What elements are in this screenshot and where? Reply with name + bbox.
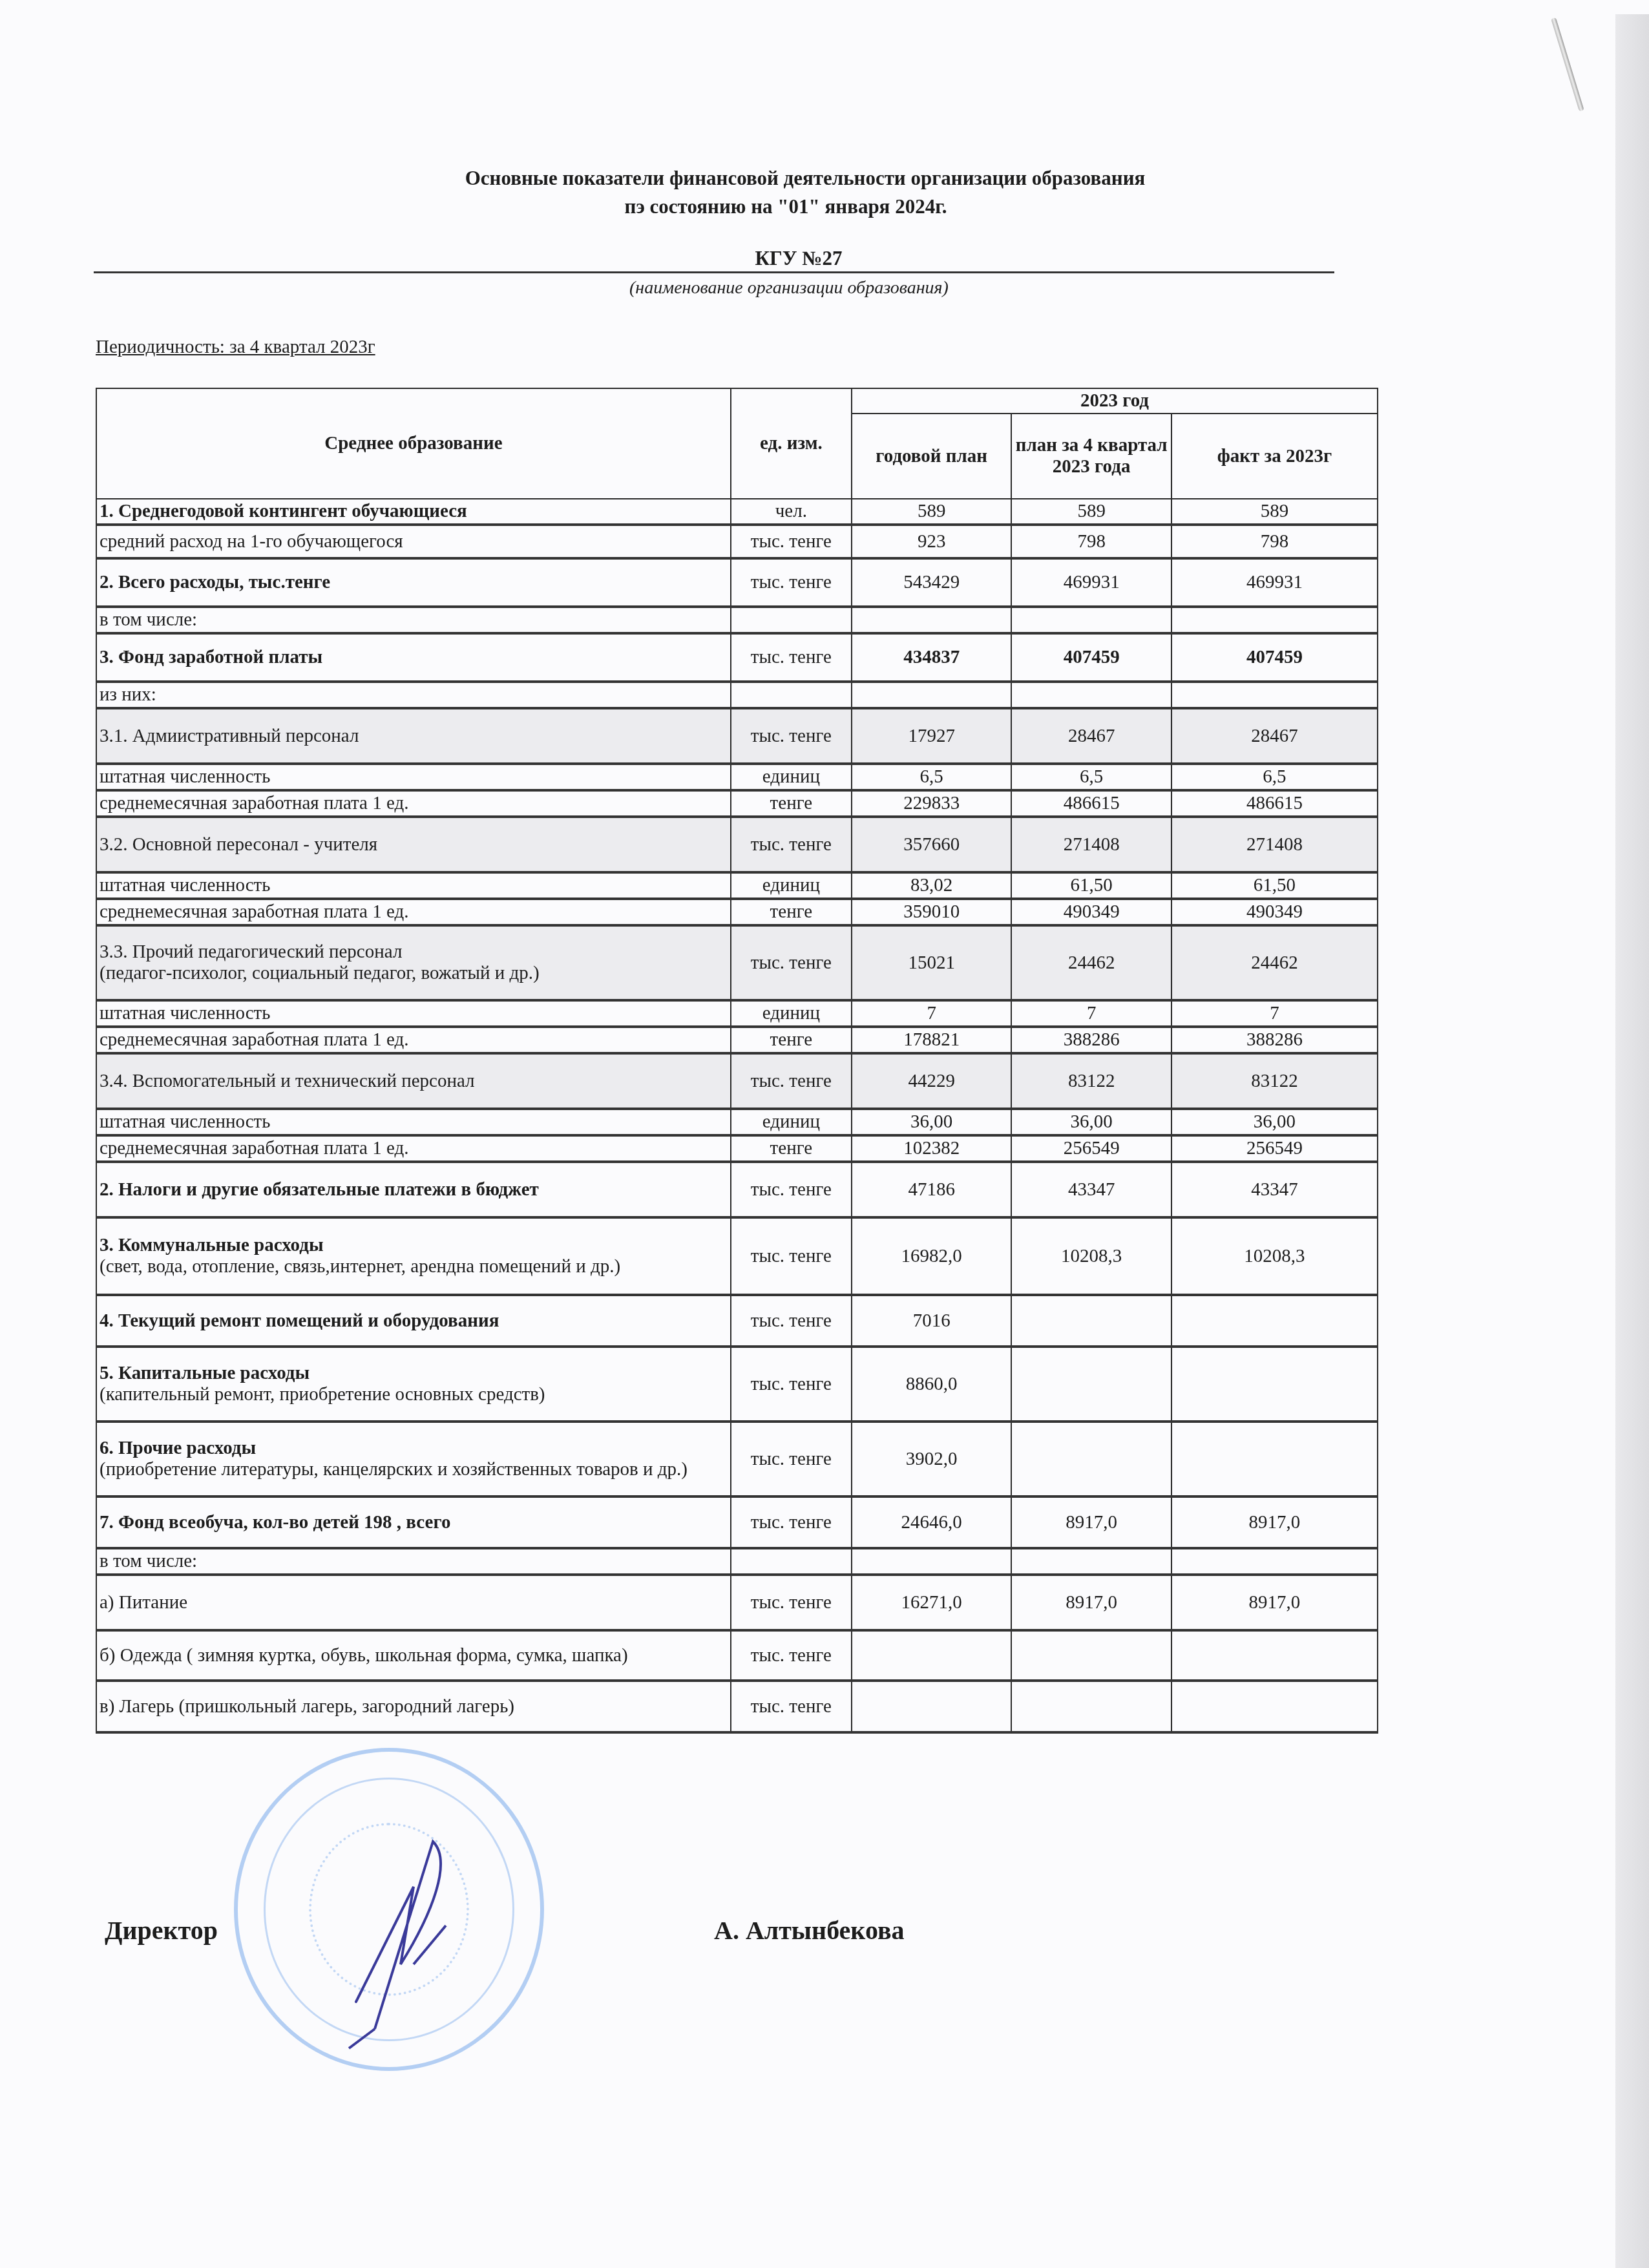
cell-v1 [852,1681,1011,1732]
cell-v2: 388286 [1011,1027,1171,1053]
row-unit: тыс. тенге [731,1053,852,1109]
row-unit: тыс. тенге [731,1295,852,1347]
header-annual-plan: годовой план [852,414,1011,499]
cell-v1: 83,02 [852,872,1011,899]
cell-v2: 8917,0 [1011,1496,1171,1548]
cell-v1 [852,1630,1011,1681]
cell-v1 [852,607,1011,633]
table-row: 3.3. Прочий педагогический персонал(педа… [96,925,1378,1000]
cell-v2 [1011,1630,1171,1681]
row-unit: тыс. тенге [731,708,852,764]
cell-v2: 61,50 [1011,872,1171,899]
row-unit: тенге [731,1135,852,1162]
cell-v3: 798 [1171,525,1378,558]
row-unit: тыс. тенге [731,1217,852,1295]
header-name: Среднее образование [96,388,731,499]
row-unit: тыс. тенге [731,1496,852,1548]
row-unit [731,682,852,708]
cell-v1: 8860,0 [852,1347,1011,1422]
cell-v2: 28467 [1011,708,1171,764]
organization-caption: (наименование организации образования) [0,278,1613,299]
row-unit: единиц [731,1109,852,1135]
cell-v3: 10208,3 [1171,1217,1378,1295]
cell-v2: 469931 [1011,558,1171,607]
table-row: 4. Текущий ремонт помещений и оборудован… [96,1295,1378,1347]
cell-v2: 43347 [1011,1162,1171,1217]
cell-v2 [1011,607,1171,633]
row-label: среднемесячная заработная плата 1 ед. [96,1135,731,1162]
cell-v2 [1011,1548,1171,1575]
row-label: 3.2. Основной пересонал - учителя [96,817,731,872]
table-row: штатная численностьединиц6,56,56,5 [96,764,1378,790]
cell-v2: 7 [1011,1000,1171,1027]
row-label: 5. Капитальные расходы(капительный ремон… [96,1347,731,1422]
cell-v2: 83122 [1011,1053,1171,1109]
cell-v3: 83122 [1171,1053,1378,1109]
scan-edge [1615,14,1649,2268]
row-unit: тыс. тенге [731,817,852,872]
table-row: 6. Прочие расходы(приобретение литератур… [96,1422,1378,1496]
cell-v3: 28467 [1171,708,1378,764]
cell-v3: 271408 [1171,817,1378,872]
table-row: 3. Фонд заработной платытыс. тенге434837… [96,633,1378,682]
document-date: пэ состоянию на "01" января 2024г. [0,195,1610,218]
cell-v3: 36,00 [1171,1109,1378,1135]
cell-v1: 44229 [852,1053,1011,1109]
cell-v3 [1171,1422,1378,1496]
row-unit: тыс. тенге [731,1681,852,1732]
table-row: из них: [96,682,1378,708]
row-label: 3. Коммунальные расходы(свет, вода, отоп… [96,1217,731,1295]
table-row: 3.4. Вспомогательный и технический персо… [96,1053,1378,1109]
row-label: 3.1. Адмиистративный персонал [96,708,731,764]
table-row: 1. Среднегодовой контингент обучающиесяч… [96,499,1378,525]
cell-v3 [1171,1630,1378,1681]
cell-v2 [1011,1422,1171,1496]
row-unit [731,607,852,633]
table-row: а) Питаниетыс. тенге16271,08917,08917,0 [96,1575,1378,1630]
row-label: в том числе: [96,1548,731,1575]
organization-name: КГУ №27 [0,247,1623,270]
row-unit: тыс. тенге [731,1575,852,1630]
cell-v1: 36,00 [852,1109,1011,1135]
row-label: средний расход на 1-го обучающегося [96,525,731,558]
header-q4-plan: план за 4 квартал 2023 года [1011,414,1171,499]
table-row: 3. Коммунальные расходы(свет, вода, отоп… [96,1217,1378,1295]
row-label: среднемесячная заработная плата 1 ед. [96,899,731,925]
row-unit: чел. [731,499,852,525]
cell-v2 [1011,682,1171,708]
table-body: 1. Среднегодовой контингент обучающиесяч… [96,499,1378,1732]
row-unit: тыс. тенге [731,633,852,682]
cell-v2: 256549 [1011,1135,1171,1162]
cell-v3 [1171,1681,1378,1732]
cell-v1: 359010 [852,899,1011,925]
row-label: 3. Фонд заработной платы [96,633,731,682]
cell-v1: 589 [852,499,1011,525]
row-label: среднемесячная заработная плата 1 ед. [96,790,731,817]
table-row: 2. Всего расходы, тыс.тенгетыс. тенге543… [96,558,1378,607]
cell-v1: 15021 [852,925,1011,1000]
row-label: 3.4. Вспомогательный и технический персо… [96,1053,731,1109]
cell-v1: 102382 [852,1135,1011,1162]
cell-v3: 6,5 [1171,764,1378,790]
table-row: штатная численностьединиц36,0036,0036,00 [96,1109,1378,1135]
cell-v2: 486615 [1011,790,1171,817]
cell-v3 [1171,607,1378,633]
table-row: 7. Фонд всеобуча, кол-во детей 198 , все… [96,1496,1378,1548]
cell-v3: 490349 [1171,899,1378,925]
cell-v3 [1171,1548,1378,1575]
row-label: штатная численность [96,1109,731,1135]
cell-v1: 434837 [852,633,1011,682]
table-row: среднемесячная заработная плата 1 ед.тен… [96,1027,1378,1053]
row-unit: тенге [731,899,852,925]
row-unit: тыс. тенге [731,1630,852,1681]
cell-v3: 469931 [1171,558,1378,607]
cell-v3: 388286 [1171,1027,1378,1053]
table-row: в том числе: [96,1548,1378,1575]
table-row: б) Одежда ( зимняя куртка, обувь, школьн… [96,1630,1378,1681]
row-label: из них: [96,682,731,708]
cell-v3 [1171,1347,1378,1422]
cell-v1: 6,5 [852,764,1011,790]
header-fact: факт за 2023г [1171,414,1378,499]
cell-v3: 589 [1171,499,1378,525]
cell-v1 [852,682,1011,708]
table-row: в) Лагерь (пришкольный лагерь, загородни… [96,1681,1378,1732]
cell-v3: 8917,0 [1171,1496,1378,1548]
signatory-name: А. Алтынбекова [714,1915,905,1946]
row-label: 2. Всего расходы, тыс.тенге [96,558,731,607]
cell-v3: 7 [1171,1000,1378,1027]
cell-v2 [1011,1295,1171,1347]
row-unit: тыс. тенге [731,1422,852,1496]
cell-v1: 357660 [852,817,1011,872]
cell-v2: 24462 [1011,925,1171,1000]
table-row: среднемесячная заработная плата 1 ед.тен… [96,790,1378,817]
cell-v1: 543429 [852,558,1011,607]
cell-v1: 7016 [852,1295,1011,1347]
row-label: 4. Текущий ремонт помещений и оборудован… [96,1295,731,1347]
row-label: штатная численность [96,764,731,790]
cell-v2: 589 [1011,499,1171,525]
cell-v3: 407459 [1171,633,1378,682]
row-unit: тыс. тенге [731,558,852,607]
header-unit: ед. изм. [731,388,852,499]
cell-v2: 407459 [1011,633,1171,682]
table-row: 2. Налоги и другие обязательные платежи … [96,1162,1378,1217]
cell-v3: 256549 [1171,1135,1378,1162]
cell-v1 [852,1548,1011,1575]
cell-v2: 10208,3 [1011,1217,1171,1295]
row-label: 1. Среднегодовой контингент обучающиеся [96,499,731,525]
financial-table: Среднее образование ед. изм. 2023 год го… [96,388,1378,1734]
row-label: 2. Налоги и другие обязательные платежи … [96,1162,731,1217]
signatory-title: Директор [105,1915,218,1946]
row-label: штатная численность [96,872,731,899]
row-unit: тыс. тенге [731,1347,852,1422]
row-unit: тыс. тенге [731,525,852,558]
table-row: средний расход на 1-го обучающегосятыс. … [96,525,1378,558]
table-row: в том числе: [96,607,1378,633]
cell-v1: 16982,0 [852,1217,1011,1295]
row-unit [731,1548,852,1575]
row-unit: единиц [731,764,852,790]
cell-v3: 43347 [1171,1162,1378,1217]
cell-v1: 16271,0 [852,1575,1011,1630]
cell-v1: 24646,0 [852,1496,1011,1548]
row-label: б) Одежда ( зимняя куртка, обувь, школьн… [96,1630,731,1681]
table-row: среднемесячная заработная плата 1 ед.тен… [96,899,1378,925]
row-label: 6. Прочие расходы(приобретение литератур… [96,1422,731,1496]
cell-v2 [1011,1681,1171,1732]
row-label: а) Питание [96,1575,731,1630]
header-year: 2023 год [852,388,1378,414]
cell-v1: 47186 [852,1162,1011,1217]
cell-v3 [1171,682,1378,708]
cell-v3: 61,50 [1171,872,1378,899]
row-unit: единиц [731,1000,852,1027]
row-unit: тыс. тенге [731,925,852,1000]
cell-v1: 3902,0 [852,1422,1011,1496]
cell-v1: 17927 [852,708,1011,764]
cell-v1: 7 [852,1000,1011,1027]
cell-v3: 24462 [1171,925,1378,1000]
cell-v2: 271408 [1011,817,1171,872]
cell-v2: 36,00 [1011,1109,1171,1135]
cell-v2 [1011,1347,1171,1422]
table-row: 5. Капитальные расходы(капительный ремон… [96,1347,1378,1422]
signature-icon [336,1835,504,2055]
cell-v2: 798 [1011,525,1171,558]
table-row: штатная численностьединиц777 [96,1000,1378,1027]
cell-v1: 178821 [852,1027,1011,1053]
row-unit: тенге [731,790,852,817]
row-label: 3.3. Прочий педагогический персонал(педа… [96,925,731,1000]
table-row: среднемесячная заработная плата 1 ед.тен… [96,1135,1378,1162]
row-label: 7. Фонд всеобуча, кол-во детей 198 , все… [96,1496,731,1548]
table-row: 3.2. Основной пересонал - учителятыс. те… [96,817,1378,872]
table-row: 3.1. Адмиистративный персоналтыс. тенге1… [96,708,1378,764]
cell-v2: 490349 [1011,899,1171,925]
periodicity: Периодичность: за 4 квартал 2023г [96,337,375,358]
divider [94,271,1334,273]
cell-v1: 229833 [852,790,1011,817]
row-label: штатная численность [96,1000,731,1027]
row-label: среднемесячная заработная плата 1 ед. [96,1027,731,1053]
row-label: в том числе: [96,607,731,633]
cell-v3: 8917,0 [1171,1575,1378,1630]
cell-v2: 8917,0 [1011,1575,1171,1630]
cell-v3 [1171,1295,1378,1347]
document-title: Основные показатели финансовой деятельно… [0,167,1630,190]
row-unit: тыс. тенге [731,1162,852,1217]
row-unit: единиц [731,872,852,899]
row-label: в) Лагерь (пришкольный лагерь, загородни… [96,1681,731,1732]
row-unit: тенге [731,1027,852,1053]
cell-v1: 923 [852,525,1011,558]
cell-v3: 486615 [1171,790,1378,817]
cell-v2: 6,5 [1011,764,1171,790]
table-row: штатная численностьединиц83,0261,5061,50 [96,872,1378,899]
staple-icon [1551,17,1584,112]
